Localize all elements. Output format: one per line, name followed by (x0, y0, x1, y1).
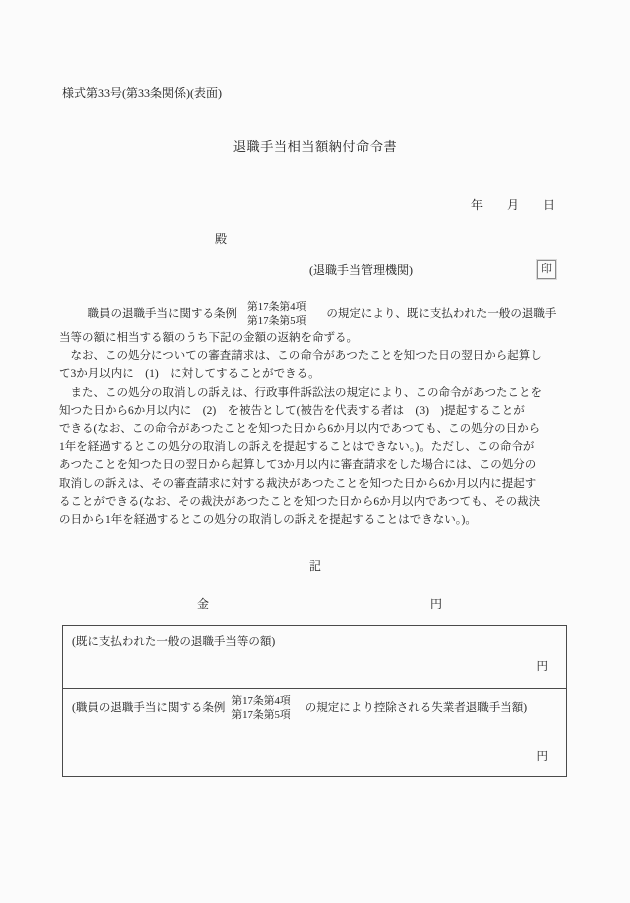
document-title: 退職手当相当額納付命令書 (0, 138, 630, 156)
paragraph-3: また、この処分の取消しの訴えは、行政事件訴訟法の規定により、この命令があつたこと… (59, 384, 575, 530)
seal-mark-icon: 印 (541, 260, 552, 278)
row-2-clause-options-stack: 第17条第4項 第17条第5項 (231, 694, 290, 722)
table-row-deducted-allowance: (職員の退職手当に関する条例 第17条第4項 第17条第5項 の規定により控除さ… (63, 689, 566, 776)
paragraph-1-continuation: 当等の額に相当する額のうち下記の金額の返納を命ずる。 (59, 329, 575, 347)
form-number: 様式第33号(第33条関係)(表面) (62, 84, 222, 102)
date-line: 年 月 日 (0, 196, 630, 214)
clause-option-bottom: 第17条第5項 (247, 314, 306, 328)
paragraph-1-prefix: 職員の退職手当に関する条例 (76, 305, 237, 323)
clause-options-stack: 第17条第4項 第17条第5項 (247, 300, 306, 328)
issuer-label: (退職手当管理機関) (309, 261, 413, 279)
row-2-unit-yen: 円 (537, 748, 549, 766)
amount-label-kin: 金 (197, 595, 209, 613)
row-2-clause-option-bottom: 第17条第5項 (231, 708, 290, 722)
table-row-paid-allowance: (既に支払われた一般の退職手当等の額) 円 (63, 626, 566, 689)
seal-box: 印 (537, 260, 556, 279)
row-2-label-suffix: の規定により控除される失業者退職手当額) (305, 699, 527, 717)
clause-option-top: 第17条第4項 (247, 300, 306, 314)
amount-unit-yen: 円 (430, 595, 442, 613)
paragraph-1-suffix: の規定により、既に支払われた一般の退職手 (326, 305, 556, 323)
paragraph-1-line-1: 職員の退職手当に関する条例 第17条第4項 第17条第5項 の規定により、既に支… (59, 297, 599, 331)
row-2-label: (職員の退職手当に関する条例 第17条第4項 第17条第5項 の規定により控除さ… (72, 694, 527, 722)
document-page: 様式第33号(第33条関係)(表面) 退職手当相当額納付命令書 年 月 日 殿 … (0, 0, 630, 903)
note-header: 記 (0, 557, 630, 575)
row-2-label-prefix: (職員の退職手当に関する条例 (72, 699, 225, 717)
row-2-clause-option-top: 第17条第4項 (231, 694, 290, 708)
addressee-honorific: 殿 (215, 230, 227, 248)
paragraph-2: なお、この処分についての審査請求は、この命令があつたことを知つた日の翌日から起算… (59, 347, 575, 383)
row-1-unit-yen: 円 (537, 658, 549, 676)
body-paragraphs: 当等の額に相当する額のうち下記の金額の返納を命ずる。 なお、この処分についての審… (59, 329, 575, 529)
row-1-label: (既に支払われた一般の退職手当等の額) (72, 633, 275, 651)
amounts-table: (既に支払われた一般の退職手当等の額) 円 (職員の退職手当に関する条例 第17… (62, 625, 567, 777)
